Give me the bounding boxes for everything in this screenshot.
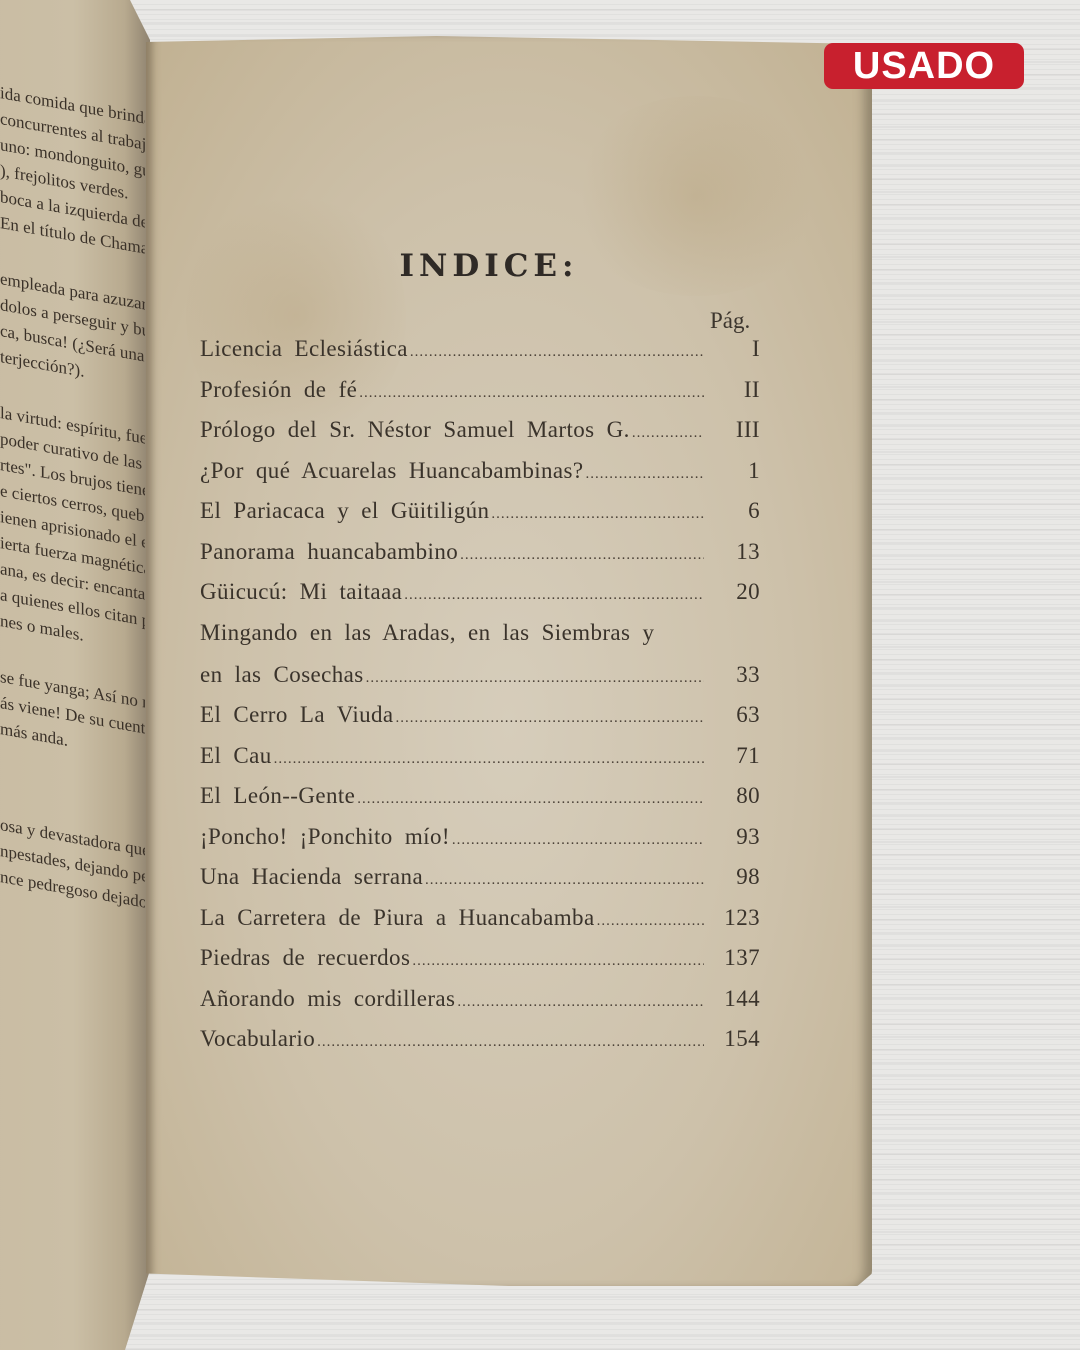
toc-entry-page: 144 (710, 986, 760, 1012)
left-book-page: ida comida que brindan concurrentes al t… (0, 0, 150, 1350)
toc-entry: Profesión de fé.........................… (200, 377, 760, 418)
leader-dots: ........................................… (457, 994, 704, 1011)
toc-entry-title: Profesión de fé (200, 377, 357, 403)
toc-entry: El Cerro La Viuda.......................… (200, 702, 760, 743)
leader-dots: ........................................… (632, 425, 704, 442)
leader-dots: ........................................… (597, 913, 704, 930)
toc-entry-page: 33 (710, 662, 760, 688)
toc-entry: Güicucú: Mi taitaaa.....................… (200, 579, 760, 620)
leader-dots: ........................................… (396, 710, 704, 727)
leader-dots: ........................................… (425, 872, 704, 889)
leader-dots: ........................................… (359, 385, 704, 402)
toc-entry-page: 71 (710, 743, 760, 769)
toc-entry-title: en las Cosechas (200, 662, 364, 688)
toc-entry: ¡Poncho! ¡Ponchito mío!.................… (200, 824, 760, 865)
toc-entry-page: 98 (710, 864, 760, 890)
left-text-block-5: osa y devastadora que se npestades, deja… (0, 812, 145, 916)
index-title: INDICE: (126, 248, 852, 284)
toc-entry-page: I (710, 336, 760, 362)
leader-dots: ........................................… (404, 587, 704, 604)
toc-entry-page: II (710, 377, 760, 403)
toc-entry: Añorando mis cordilleras................… (200, 986, 760, 1027)
toc-entry-page: 123 (710, 905, 760, 931)
leader-dots: ........................................… (357, 791, 704, 808)
toc-entry: Vocabulario.............................… (200, 1026, 760, 1067)
index-page: INDICE: Pág. Licencia Eclesiástica......… (146, 36, 872, 1286)
toc-entry: Panorama huancabambino..................… (200, 539, 760, 580)
toc-entry-title: El Cerro La Viuda (200, 702, 394, 728)
toc-entry-page: 80 (710, 783, 760, 809)
toc-entry-title: Güicucú: Mi taitaaa (200, 579, 402, 605)
toc-entry: Una Hacienda serrana....................… (200, 864, 760, 905)
toc-entry-page: 63 (710, 702, 760, 728)
page-column-header: Pág. (710, 308, 750, 334)
left-text-block-3: la virtud: espíritu, fuer- poder curativ… (0, 400, 145, 660)
leader-dots: ........................................… (410, 344, 704, 361)
toc-entry-title: Añorando mis cordilleras (200, 986, 455, 1012)
toc-entry-page: 20 (710, 579, 760, 605)
toc-entry-title: Panorama huancabambino (200, 539, 458, 565)
toc-entry: El Cau..................................… (200, 743, 760, 784)
toc-entry-title: Licencia Eclesiástica (200, 336, 408, 362)
toc-entry-title: Vocabulario (200, 1026, 315, 1052)
table-of-contents: Licencia Eclesiástica...................… (200, 336, 760, 1067)
leader-dots: ........................................… (412, 953, 704, 970)
toc-entry-title: ¡Poncho! ¡Ponchito mío! (200, 824, 450, 850)
left-page-text: ida comida que brindan concurrentes al t… (0, 80, 145, 946)
leader-dots: ........................................… (274, 751, 704, 768)
toc-entry: El León--Gente..........................… (200, 783, 760, 824)
toc-entry-title: La Carretera de Piura a Huancabamba (200, 905, 595, 931)
toc-entry: Mingando en las Aradas, en las Siembras … (200, 620, 760, 662)
leader-dots: ........................................… (491, 506, 704, 523)
toc-entry-title: El Pariacaca y el Güitiligún (200, 498, 489, 524)
toc-entry-page: 93 (710, 824, 760, 850)
toc-entry-title: Mingando en las Aradas, en las Siembras … (200, 620, 654, 646)
leader-dots: ........................................… (452, 832, 704, 849)
left-text-block-4: se fue yanga; Así no más ás viene! De su… (0, 664, 145, 768)
toc-entry-title: Piedras de recuerdos (200, 945, 410, 971)
toc-entry-page: 6 (710, 498, 760, 524)
used-condition-badge: USADO (824, 43, 1024, 89)
toc-entry: Piedras de recuerdos....................… (200, 945, 760, 986)
toc-entry-title: ¿Por qué Acuarelas Huancabambinas? (200, 458, 583, 484)
toc-entry: El Pariacaca y el Güitiligún............… (200, 498, 760, 539)
toc-entry-title: El Cau (200, 743, 272, 769)
toc-entry: Prólogo del Sr. Néstor Samuel Martos G..… (200, 417, 760, 458)
left-text-block-1: ida comida que brindan concurrentes al t… (0, 80, 145, 262)
toc-entry-title: El León--Gente (200, 783, 355, 809)
toc-entry-page: 137 (710, 945, 760, 971)
toc-entry-page: III (710, 417, 760, 443)
toc-entry: Licencia Eclesiástica...................… (200, 336, 760, 377)
leader-dots: ........................................… (366, 670, 704, 687)
toc-entry: ¿Por qué Acuarelas Huancabambinas?......… (200, 458, 760, 499)
leader-dots: ........................................… (460, 547, 704, 564)
toc-entry-page: 13 (710, 539, 760, 565)
leader-dots: ........................................… (317, 1034, 704, 1051)
leader-dots: ........................................… (585, 466, 704, 483)
toc-entry: en las Cosechas.........................… (200, 662, 760, 703)
toc-entry-title: Prólogo del Sr. Néstor Samuel Martos G. (200, 417, 630, 443)
toc-entry-page: 1 (710, 458, 760, 484)
toc-entry: La Carretera de Piura a Huancabamba.....… (200, 905, 760, 946)
toc-entry-title: Una Hacienda serrana (200, 864, 423, 890)
left-text-block-2: empleada para azuzar a dolos a perseguir… (0, 266, 145, 396)
toc-entry-page: 154 (710, 1026, 760, 1052)
